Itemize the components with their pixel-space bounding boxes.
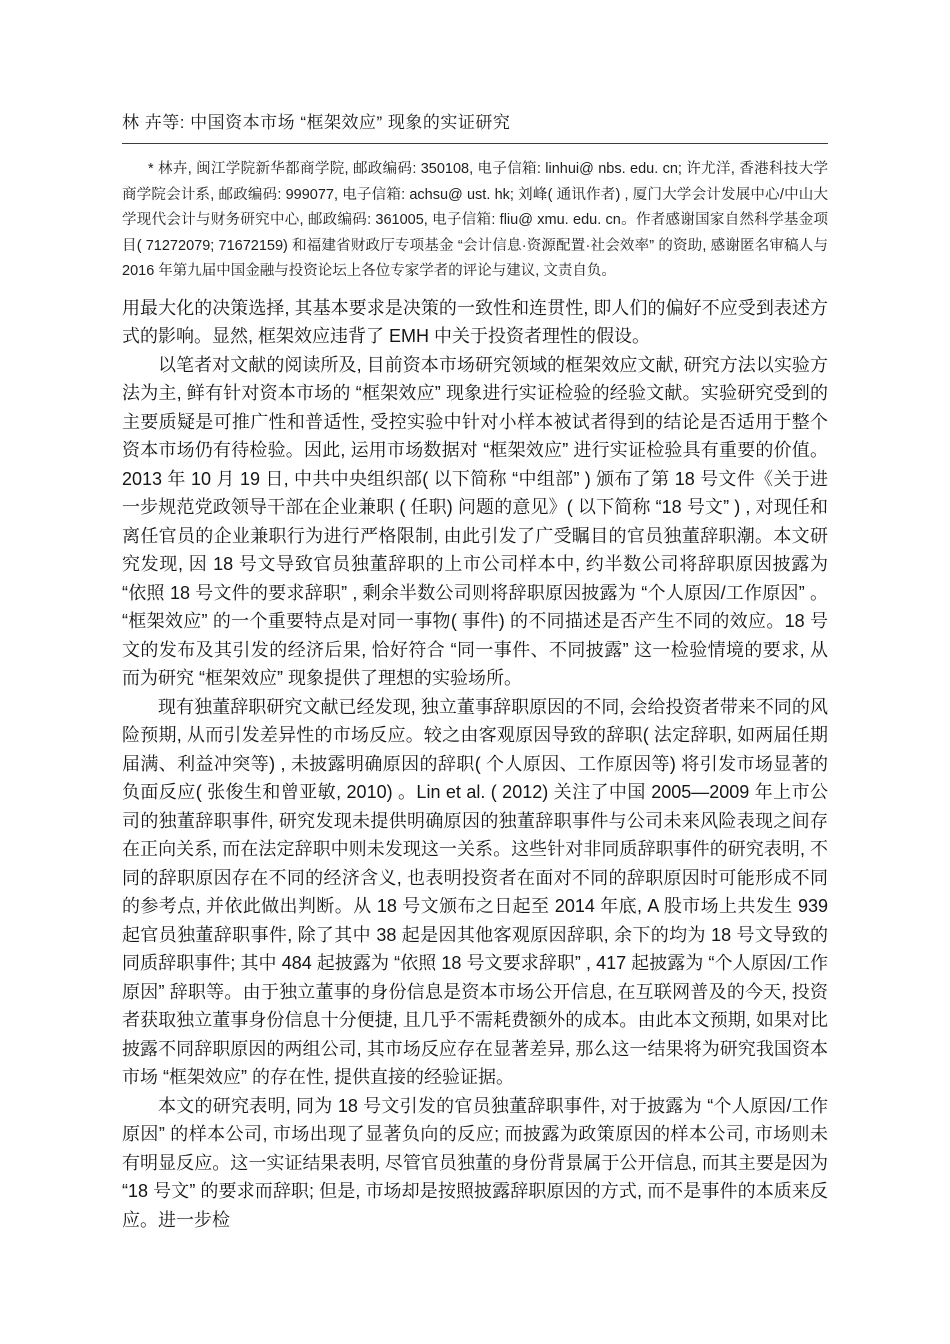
paper-page: 林 卉等: 中国资本市场 “框架效应” 现象的实证研究 * 林卉, 闽江学院新华… xyxy=(0,0,950,1344)
body-paragraph: 用最大化的决策选择, 其基本要求是决策的一致性和连贯性, 即人们的偏好不应受到表… xyxy=(122,294,828,351)
body-paragraph: 本文的研究表明, 同为 18 号文引发的官员独董辞职事件, 对于披露为 “个人原… xyxy=(122,1092,828,1235)
body-paragraph: 现有独董辞职研究文献已经发现, 独立董事辞职原因的不同, 会给投资者带来不同的风… xyxy=(122,693,828,1092)
page-content: 林 卉等: 中国资本市场 “框架效应” 现象的实证研究 * 林卉, 闽江学院新华… xyxy=(122,112,828,1234)
header-rule xyxy=(122,143,828,144)
body-text: 用最大化的决策选择, 其基本要求是决策的一致性和连贯性, 即人们的偏好不应受到表… xyxy=(122,294,828,1235)
running-header: 林 卉等: 中国资本市场 “框架效应” 现象的实证研究 xyxy=(122,112,828,133)
author-footnote: * 林卉, 闽江学院新华都商学院, 邮政编码: 350108, 电子信箱: li… xyxy=(122,157,828,285)
body-paragraph: 以笔者对文献的阅读所及, 目前资本市场研究领域的框架效应文献, 研究方法以实验方… xyxy=(122,351,828,693)
